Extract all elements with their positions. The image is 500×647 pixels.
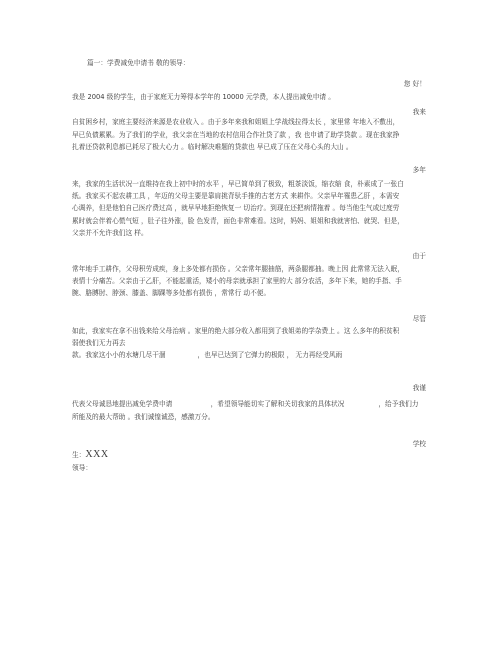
text-line: 腕、胳膊肘、脖颈、膝盖、脚踝等多处都有损伤 ，常常行 动不便。 (72, 287, 426, 299)
text-line: 心调养，但是他怕自己医疗费过高 ，就早早地拒绝恢复一 切治疗。到现在还把病情拖着… (72, 202, 426, 214)
right-aligned-word: 您 好！ (72, 78, 426, 90)
document-title-line: 篇一：学费减免申请书 敬的领导： (72, 57, 426, 69)
text-line: 早已负债累累。为了我们的学业，我父亲在当地的农村信用合作社贷了款 ，我 也申请了… (72, 129, 426, 141)
text-line: 自贫困乡村，家庭主要经济来源是农业收入 。由于多年来我和姐姐上学战线拉得太长 ，… (72, 116, 426, 128)
text-line: 代表父母诚恳地提出减免学费申请 ，希望领导能切实了解和关切我家的具体状况 ，给予… (72, 398, 426, 410)
text-line: 如此，我家实在拿不出钱来给父母治病 。家里的绝大部分收入都用到了我姐弟的学杂费上… (72, 325, 426, 337)
text-line: 常年地手工耕作，父母积劳成疾，身上多处都有损伤 。父亲常年腿抽筋，两条腿都抽。晚… (72, 263, 426, 275)
document-body: 篇一：学费减免申请书 敬的领导：您 好！我是 2004 级的学生，由于家庭无力筹… (72, 57, 426, 475)
text-line: 来，我家的生活状况一直维持在我上初中时的水平 ，早已简单到了极致，粗茶淡饭，缩衣… (72, 178, 426, 190)
signature-line: 生：XXX (72, 448, 426, 461)
right-aligned-word: 尽管 (72, 313, 426, 325)
text-line: 我是 2004 级的学生，由于家庭无力筹得本学年的 10000 元学费，本人提出… (72, 91, 426, 103)
document-page: 篇一：学费减免申请书 敬的领导：您 好！我是 2004 级的学生，由于家庭无力筹… (0, 0, 500, 647)
text-line: 父亲并不允许我们这 样。 (72, 227, 426, 239)
text-line: 表情十分痛苦。父亲由于乙肝，不能起重活，矮小的母亲就承担了家里的大 部分农活，多… (72, 275, 426, 287)
text-line: 领导： (72, 462, 426, 474)
signature-value: XXX (85, 449, 108, 460)
text-line: 款。我家这小小的水塘几尽干涸 ，也早已达到了它弹力的极限 ， 无力再经受风雨 (72, 349, 426, 361)
text-line: 累时就会伴着心慌气短 ，肚子往外涨，脸 色发青，面色非常难看。这时，妈妈、姐姐和… (72, 215, 426, 227)
right-aligned-word: 我谨 (72, 382, 426, 394)
text-line: 纸。我家买不起农耕工具 ，年迈的父母主要是靠肩挑背驮手推的古老方式 来耕作。父亲… (72, 190, 426, 202)
text-line: 扎着还贷款利息都已耗尽了极大心力 。临时解决难题的贷款也 早已成了压在父母心头的… (72, 141, 426, 153)
signature-label: 生： (72, 451, 85, 459)
text-line: 所能及的最大帮助 。我们诚惶诚恐，感激万分。 (72, 411, 426, 423)
right-aligned-word: 由于 (72, 250, 426, 262)
right-aligned-word: 多年 (72, 164, 426, 176)
